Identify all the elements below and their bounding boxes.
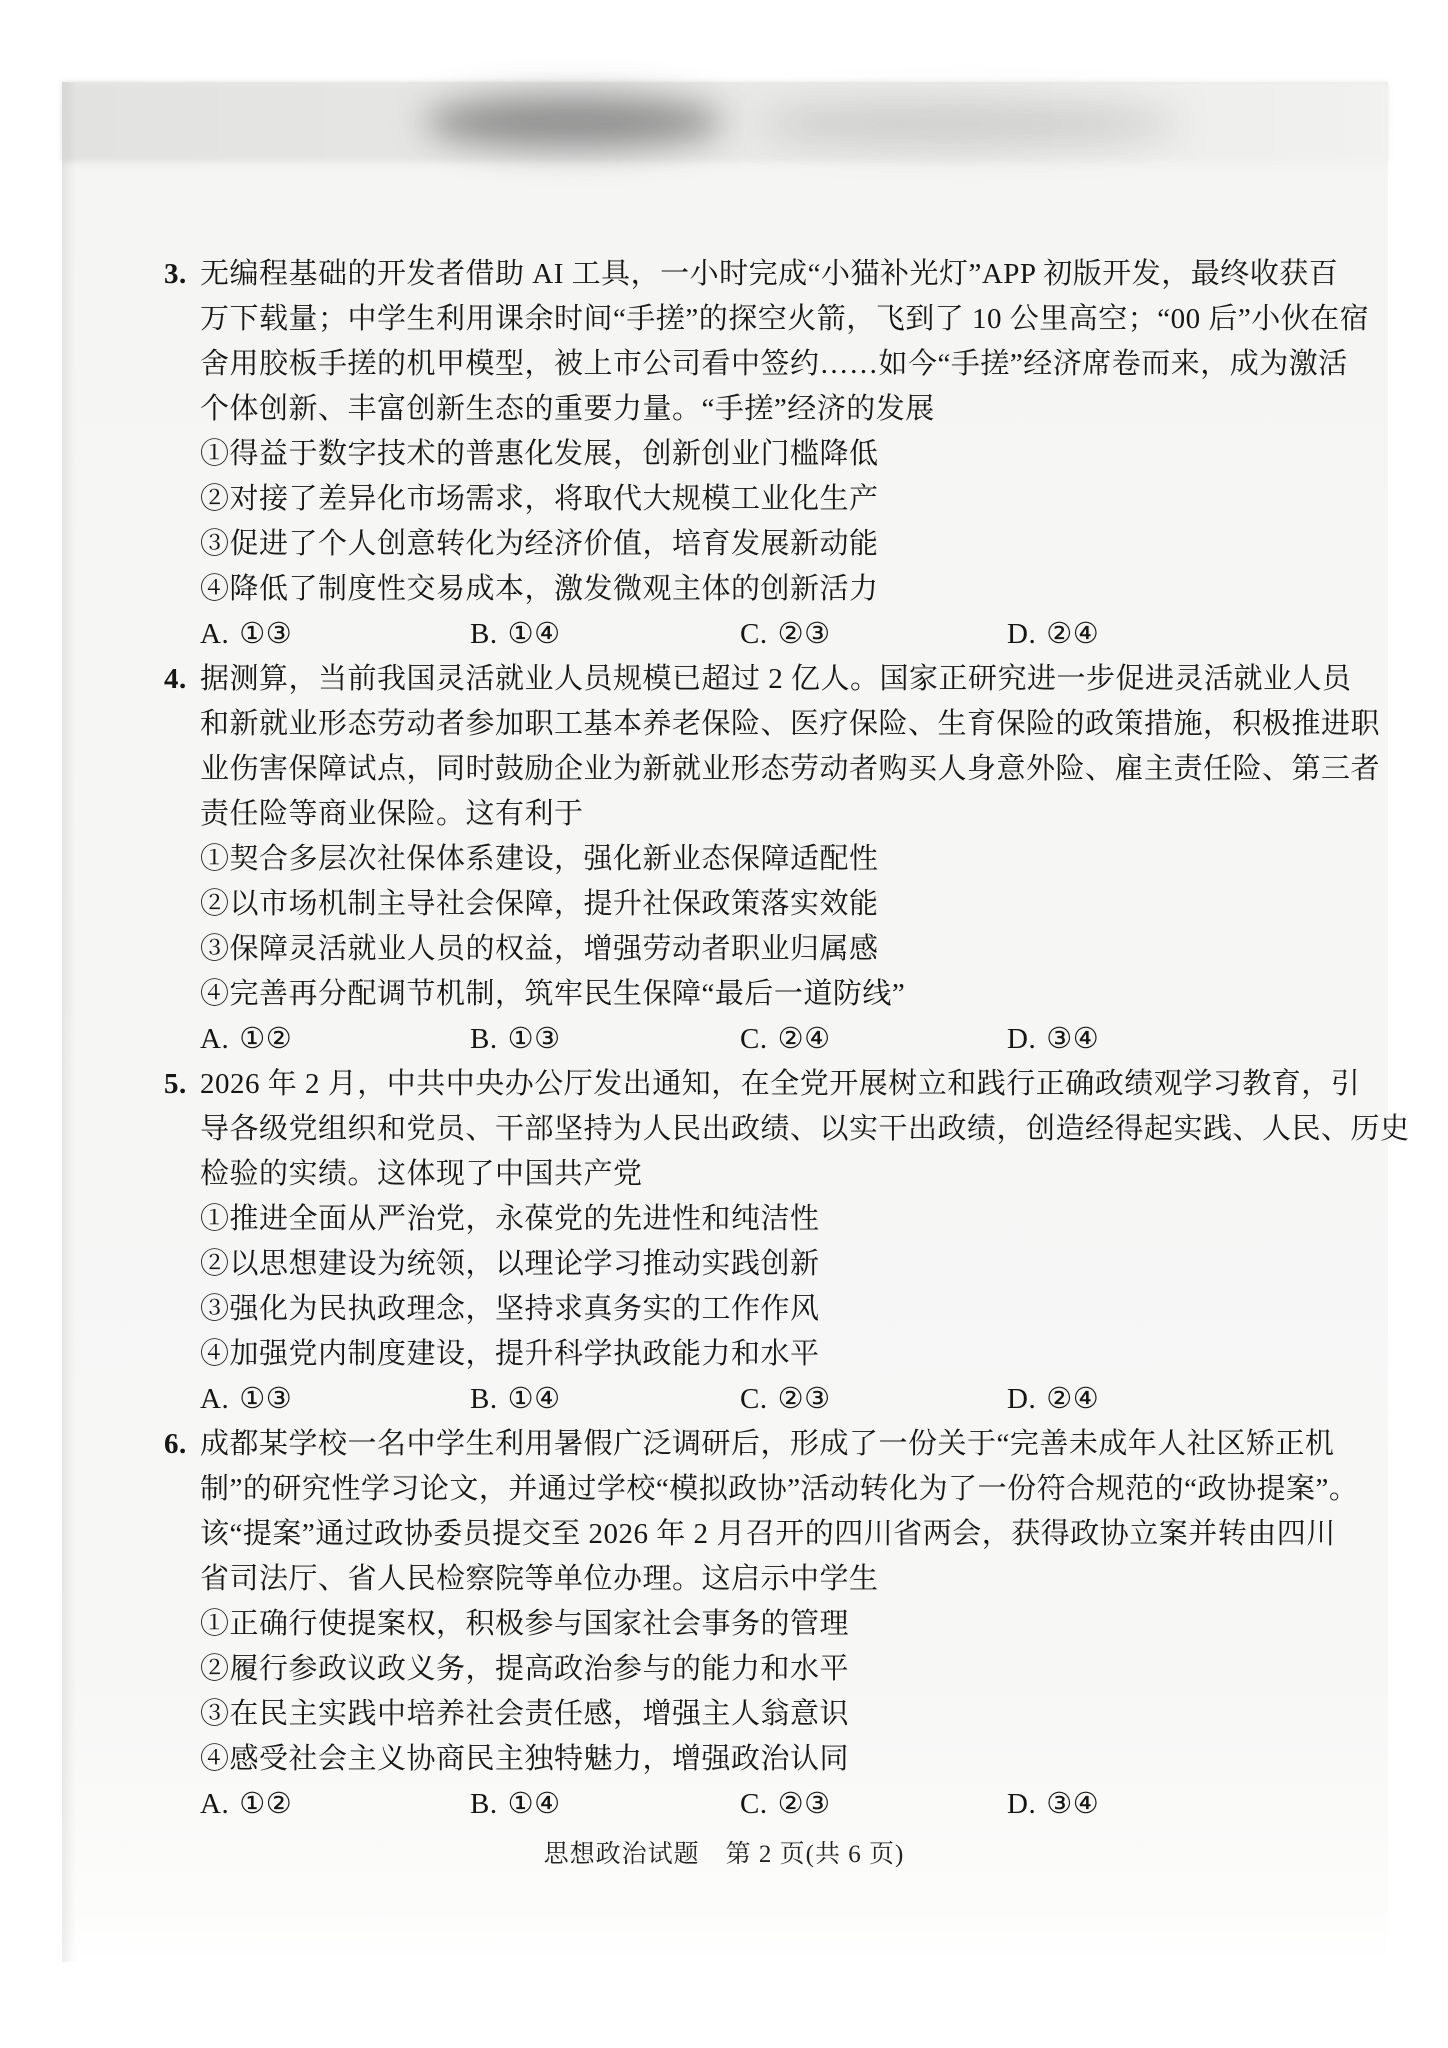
- question-stem-line: 和新就业形态劳动者参加职工基本养老保险、医疗保险、生育保险的政策措施，积极推进职: [200, 702, 1292, 747]
- statement-item: ④感受社会主义协商民主独特魅力，增强政治认同: [200, 1737, 1292, 1782]
- option-a: A.①②: [200, 1017, 292, 1062]
- option-label: A.: [200, 1788, 229, 1820]
- statement-item: ③促进了个人创意转化为经济价值，培育发展新动能: [200, 522, 1292, 567]
- option-value: ②③: [778, 1383, 831, 1415]
- option-value: ③④: [1046, 1788, 1099, 1820]
- question-stem-line: 万下载量；中学生利用课余时间“手搓”的探空火箭，飞到了 10 公里高空；“00 …: [200, 297, 1292, 342]
- option-value: ①④: [508, 618, 561, 650]
- option-label: B.: [470, 1788, 498, 1820]
- question-stem-line: 成都某学校一名中学生利用暑假广泛调研后，形成了一份关于“完善未成年人社区矫正机: [200, 1422, 1292, 1467]
- option-value: ①③: [239, 1383, 292, 1415]
- option-label: D.: [1007, 1788, 1036, 1820]
- question-3: 3. 无编程基础的开发者借助 AI 工具，一小时完成“小猫补光灯”APP 初版开…: [200, 252, 1292, 657]
- options-row: A.①② B.①③ C.②④ D.③④: [200, 1017, 1292, 1062]
- option-label: D.: [1007, 618, 1036, 650]
- statement-item: ①推进全面从严治党，永葆党的先进性和纯洁性: [200, 1197, 1292, 1242]
- option-c: C.②③: [740, 1782, 831, 1827]
- option-d: D.③④: [1007, 1782, 1099, 1827]
- question-stem-line: 检验的实绩。这体现了中国共产党: [200, 1152, 1292, 1197]
- statement-item: ④加强党内制度建设，提升科学执政能力和水平: [200, 1332, 1292, 1377]
- question-stem-line: 2026 年 2 月，中共中央办公厅发出通知，在全党开展树立和践行正确政绩观学习…: [200, 1062, 1292, 1107]
- question-stem-line: 省司法厅、省人民检察院等单位办理。这启示中学生: [200, 1557, 1292, 1602]
- option-value: ②③: [778, 618, 831, 650]
- option-value: ①③: [239, 618, 292, 650]
- statement-item: ②以思想建设为统领，以理论学习推动实践创新: [200, 1242, 1292, 1287]
- option-b: B.①④: [470, 612, 561, 657]
- statement-item: ①正确行使提案权，积极参与国家社会事务的管理: [200, 1602, 1292, 1647]
- option-label: A.: [200, 618, 229, 650]
- question-stem-line: 业伤害保障试点，同时鼓励企业为新就业形态劳动者购买人身意外险、雇主责任险、第三者: [200, 747, 1292, 792]
- scanned-exam-page: { "page": { "footer": { "exam_title": "思…: [0, 0, 1448, 2048]
- option-label: D.: [1007, 1023, 1036, 1055]
- option-a: A.①③: [200, 1377, 292, 1422]
- statement-item: ②履行参政议政义务，提高政治参与的能力和水平: [200, 1647, 1292, 1692]
- option-a: A.①③: [200, 612, 292, 657]
- option-value: ③④: [1046, 1023, 1099, 1055]
- statement-item: ④完善再分配调节机制，筑牢民生保障“最后一道防线”: [200, 972, 1292, 1017]
- option-value: ②④: [778, 1023, 831, 1055]
- statement-item: ③保障灵活就业人员的权益，增强劳动者职业归属感: [200, 927, 1292, 972]
- page-number: 第 2 页(共 6 页): [726, 1841, 905, 1868]
- statement-item: ③在民主实践中培养社会责任感，增强主人翁意识: [200, 1692, 1292, 1737]
- question-stem-line: 制”的研究性学习论文，并通过学校“模拟政协”活动转化为了一份符合规范的“政协提案…: [200, 1467, 1292, 1512]
- option-label: C.: [740, 1788, 768, 1820]
- option-c: C.②④: [740, 1017, 831, 1062]
- option-label: C.: [740, 1383, 768, 1415]
- option-label: B.: [470, 1023, 498, 1055]
- question-stem-line: 导各级党组织和党员、干部坚持为人民出政绩、以实干出政绩，创造经得起实践、人民、历…: [200, 1107, 1292, 1152]
- option-d: D.②④: [1007, 612, 1099, 657]
- scan-smudge-light: [760, 104, 1180, 144]
- question-stem-line: 舍用胶板手搓的机甲模型，被上市公司看中签约……如今“手搓”经济席卷而来，成为激活: [200, 342, 1292, 387]
- question-4: 4. 据测算，当前我国灵活就业人员规模已超过 2 亿人。国家正研究进一步促进灵活…: [200, 657, 1292, 1062]
- option-value: ②③: [778, 1788, 831, 1820]
- options-row: A.①③ B.①④ C.②③ D.②④: [200, 612, 1292, 657]
- question-stem-line: 无编程基础的开发者借助 AI 工具，一小时完成“小猫补光灯”APP 初版开发，最…: [200, 252, 1292, 297]
- option-a: A.①②: [200, 1782, 292, 1827]
- question-stem-line: 责任险等商业保险。这有利于: [200, 792, 1292, 837]
- option-value: ①④: [508, 1788, 561, 1820]
- option-value: ①②: [239, 1023, 292, 1055]
- option-value: ②④: [1046, 1383, 1099, 1415]
- option-value: ②④: [1046, 618, 1099, 650]
- option-d: D.③④: [1007, 1017, 1099, 1062]
- exam-title: 思想政治试题: [544, 1841, 700, 1868]
- question-number: 3.: [164, 252, 187, 297]
- question-number: 4.: [164, 657, 187, 702]
- question-stem-line: 该“提案”通过政协委员提交至 2026 年 2 月召开的四川省两会，获得政协立案…: [200, 1512, 1292, 1557]
- question-number: 6.: [164, 1422, 187, 1467]
- statement-item: ②以市场机制主导社会保障，提升社保政策落实效能: [200, 882, 1292, 927]
- option-value: ①③: [508, 1023, 561, 1055]
- options-row: A.①③ B.①④ C.②③ D.②④: [200, 1377, 1292, 1422]
- option-label: C.: [740, 618, 768, 650]
- question-stem-line: 据测算，当前我国灵活就业人员规模已超过 2 亿人。国家正研究进一步促进灵活就业人…: [200, 657, 1292, 702]
- page-footer: 思想政治试题第 2 页(共 6 页): [0, 1838, 1448, 1872]
- question-number: 5.: [164, 1062, 187, 1107]
- option-c: C.②③: [740, 612, 831, 657]
- option-d: D.②④: [1007, 1377, 1099, 1422]
- option-b: B.①③: [470, 1017, 561, 1062]
- option-value: ①④: [508, 1383, 561, 1415]
- question-stem-line: 个体创新、丰富创新生态的重要力量。“手搓”经济的发展: [200, 387, 1292, 432]
- statement-item: ①契合多层次社保体系建设，强化新业态保障适配性: [200, 837, 1292, 882]
- option-b: B.①④: [470, 1782, 561, 1827]
- scan-shadow-band: [62, 82, 1388, 162]
- options-row: A.①② B.①④ C.②③ D.③④: [200, 1782, 1292, 1827]
- option-label: A.: [200, 1383, 229, 1415]
- option-label: B.: [470, 1383, 498, 1415]
- option-b: B.①④: [470, 1377, 561, 1422]
- question-5: 5. 2026 年 2 月，中共中央办公厅发出通知，在全党开展树立和践行正确政绩…: [200, 1062, 1292, 1422]
- option-label: C.: [740, 1023, 768, 1055]
- option-c: C.②③: [740, 1377, 831, 1422]
- option-label: A.: [200, 1023, 229, 1055]
- question-6: 6. 成都某学校一名中学生利用暑假广泛调研后，形成了一份关于“完善未成年人社区矫…: [200, 1422, 1292, 1827]
- option-label: B.: [470, 618, 498, 650]
- statement-item: ①得益于数字技术的普惠化发展，创新创业门槛降低: [200, 432, 1292, 477]
- scan-smudge-dark: [424, 96, 724, 148]
- statement-item: ④降低了制度性交易成本，激发微观主体的创新活力: [200, 567, 1292, 612]
- paper-left-edge-shadow: [62, 82, 76, 1962]
- statement-item: ③强化为民执政理念，坚持求真务实的工作作风: [200, 1287, 1292, 1332]
- statement-item: ②对接了差异化市场需求，将取代大规模工业化生产: [200, 477, 1292, 522]
- option-value: ①②: [239, 1788, 292, 1820]
- exam-content: 3. 无编程基础的开发者借助 AI 工具，一小时完成“小猫补光灯”APP 初版开…: [200, 252, 1292, 1827]
- option-label: D.: [1007, 1383, 1036, 1415]
